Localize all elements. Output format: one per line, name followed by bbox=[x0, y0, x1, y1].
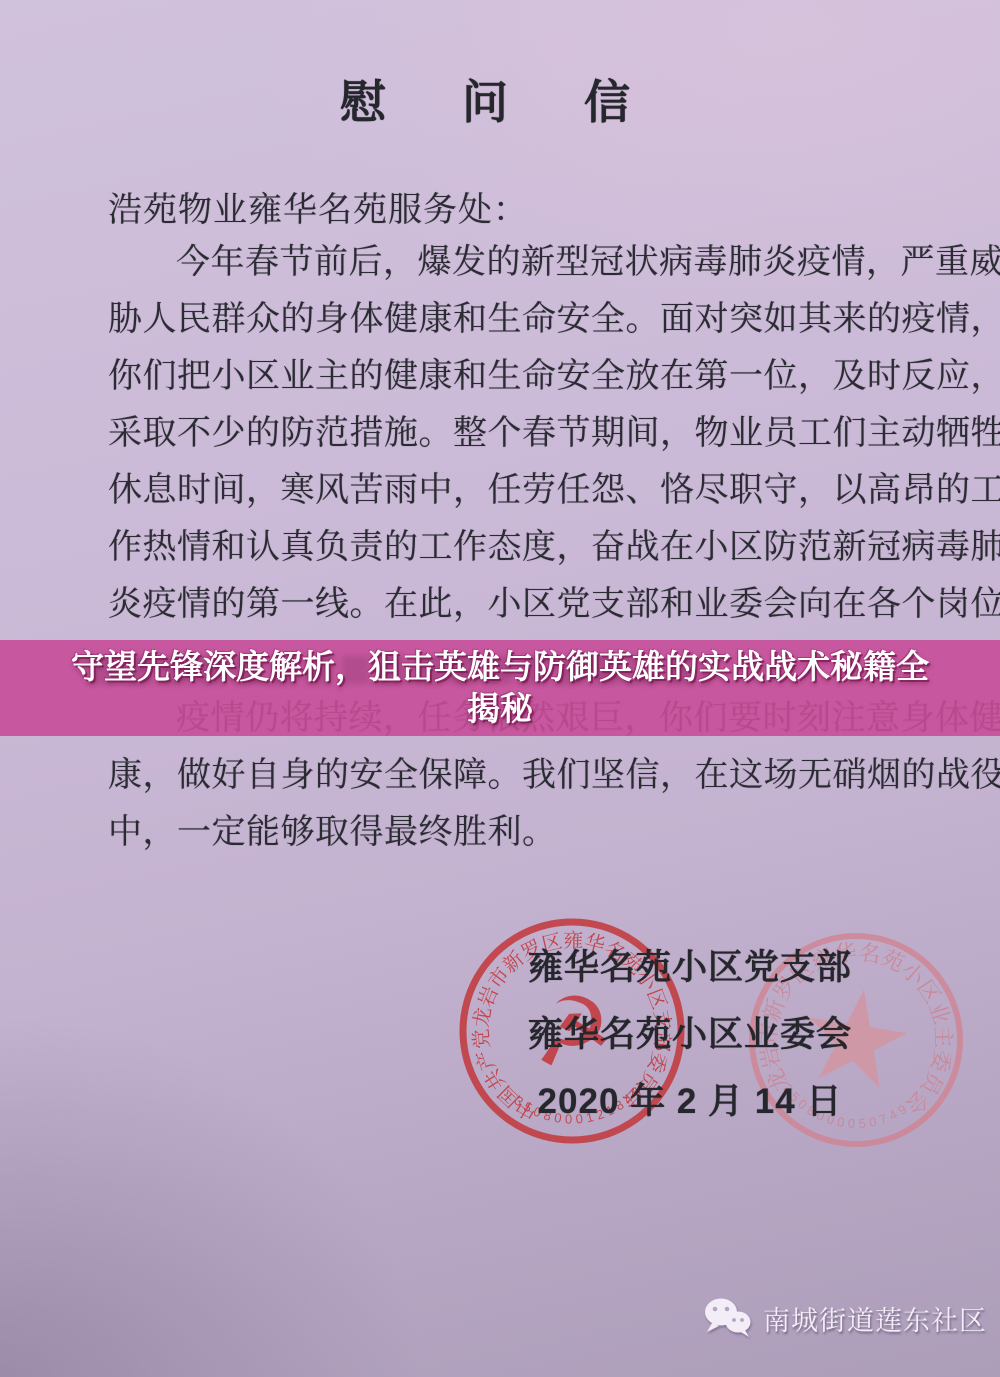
wechat-icon bbox=[703, 1297, 753, 1339]
banner-title-line2: 揭秘 bbox=[467, 688, 533, 730]
signature-block: 雍华名苑小区党支部 雍华名苑小区业委会 2020 年 2 月 14 日 bbox=[450, 934, 930, 1135]
letter-line: 休息时间，寒风苦雨中，任劳任怨、恪尽职守，以高昂的工 bbox=[108, 462, 914, 519]
article-title-banner: 守望先锋深度解析，狙击英雄与防御英雄的实战战术秘籍全 揭秘 bbox=[0, 640, 1000, 736]
letter-line: 采取不少的防范措施。整个春节期间，物业员工们主动牺牲 bbox=[108, 405, 914, 462]
banner-title-line1: 守望先锋深度解析，狙击英雄与防御英雄的实战战术秘籍全 bbox=[71, 646, 929, 688]
letter-line: 今年春节前后，爆发的新型冠状病毒肺炎疫情，严重威 bbox=[108, 234, 914, 291]
signature-date: 2020 年 2 月 14 日 bbox=[450, 1068, 930, 1135]
letter-salutation: 浩苑物业雍华名苑服务处： bbox=[108, 182, 528, 231]
letter-photo: 慰 问 信 浩苑物业雍华名苑服务处： 今年春节前后，爆发的新型冠状病毒肺炎疫情，… bbox=[0, 0, 1000, 1377]
letter-line: 作热情和认真负责的工作态度，奋战在小区防范新冠病毒肺 bbox=[108, 519, 914, 576]
signature-owners-committee: 雍华名苑小区业委会 bbox=[450, 1001, 930, 1068]
letter-body: 今年春节前后，爆发的新型冠状病毒肺炎疫情，严重威胁人民群众的身体健康和生命安全。… bbox=[108, 234, 914, 861]
signature-party-branch: 雍华名苑小区党支部 bbox=[450, 934, 930, 1001]
letter-line: 胁人民群众的身体健康和生命安全。面对突如其来的疫情， bbox=[108, 291, 914, 348]
letter-line: 中，一定能够取得最终胜利。 bbox=[108, 804, 914, 861]
letter-line: 炎疫情的第一线。在此，小区党支部和业委会向在各个岗位 bbox=[108, 576, 914, 633]
letter-line: 康，做好自身的安全保障。我们坚信，在这场无硝烟的战役 bbox=[108, 747, 914, 804]
letter-line: 你们把小区业主的健康和生命安全放在第一位，及时反应， bbox=[108, 348, 914, 405]
watermark-label: 南城街道莲东社区 bbox=[763, 1299, 987, 1338]
wechat-watermark: 南城街道莲东社区 bbox=[703, 1297, 987, 1339]
letter-title: 慰 问 信 bbox=[0, 66, 1000, 132]
